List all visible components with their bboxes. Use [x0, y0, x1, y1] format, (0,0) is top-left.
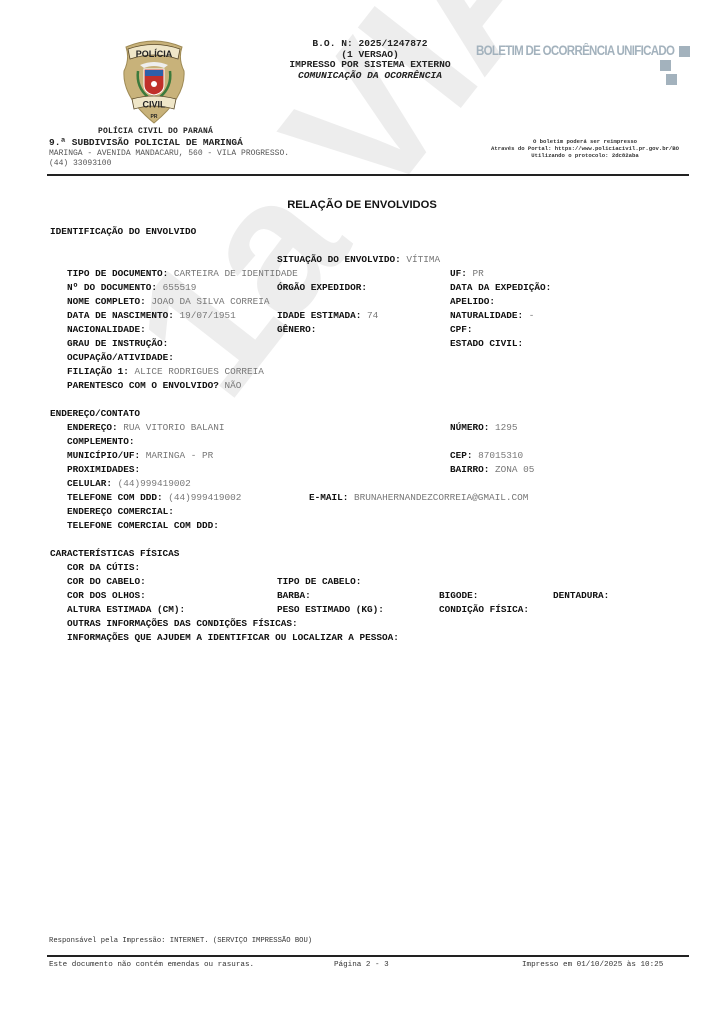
field-peso: PESO ESTIMADO (KG):	[277, 604, 384, 615]
field-naturalidade: NATURALIDADE: -	[450, 310, 534, 321]
bou-logo-squares-icon	[660, 44, 700, 86]
svg-text:CIVIL: CIVIL	[142, 100, 166, 110]
reprint-info: O boletim poderá ser reimpresso Através …	[470, 138, 700, 159]
section-identificacao: IDENTIFICAÇÃO DO ENVOLVIDO	[50, 226, 196, 237]
field-telefone-comercial: TELEFONE COMERCIAL COM DDD:	[67, 520, 219, 531]
field-cpf: CPF:	[450, 324, 473, 335]
field-municipio: MUNICÍPIO/UF: MARINGA - PR	[67, 450, 213, 461]
field-filiacao-1: FILIAÇÃO 1: ALICE RODRIGUES CORREIA	[67, 366, 264, 377]
no-amendments-note: Este documento não contém emendas ou ras…	[49, 961, 254, 969]
page-number: Página 2 - 3	[334, 961, 389, 969]
reprint-protocol: Utilizando o protocolo: 2dc82aba	[470, 152, 700, 159]
field-complemento: COMPLEMENTO:	[67, 436, 135, 447]
field-data-nascimento: DATA DE NASCIMENTO: 19/07/1951	[67, 310, 236, 321]
communication-type: COMUNICAÇÃO DA OCORRÊNCIA	[260, 71, 480, 82]
printed-by: IMPRESSO POR SISTEMA EXTERNO	[260, 60, 480, 71]
field-tipo-documento: TIPO DE DOCUMENTO: CARTEIRA DE IDENTIDAD…	[67, 268, 298, 279]
field-email: E-MAIL: BRUNAHERNANDEZCORREIA@GMAIL.COM	[309, 492, 528, 503]
field-nacionalidade: NACIONALIDADE:	[67, 324, 146, 335]
field-nome-completo: NOME COMPLETO: JOAO DA SILVA CORREIA	[67, 296, 270, 307]
field-endereco: ENDEREÇO: RUA VITORIO BALANI	[67, 422, 225, 433]
field-cor-cutis: COR DA CÚTIS:	[67, 562, 140, 573]
field-altura: ALTURA ESTIMADA (CM):	[67, 604, 185, 615]
field-orgao-expedidor: ÓRGÃO EXPEDIDOR:	[277, 282, 367, 293]
station-phone: (44) 33093100	[49, 159, 111, 168]
reprint-portal-link[interactable]: Através do Portal: https://www.policiaci…	[470, 145, 700, 152]
svg-text:POLÍCIA: POLÍCIA	[136, 49, 173, 59]
field-estado-civil: ESTADO CIVIL:	[450, 338, 523, 349]
field-dentadura: DENTADURA:	[553, 590, 609, 601]
field-outras-informacoes: OUTRAS INFORMAÇÕES DAS CONDIÇÕES FÍSICAS…	[67, 618, 298, 629]
bo-number: B.O. N: 2025/1247872	[260, 39, 480, 50]
field-celular: CELULAR: (44)999419002	[67, 478, 191, 489]
field-uf: UF: PR	[450, 268, 484, 279]
field-genero: GÊNERO:	[277, 324, 316, 335]
print-responsible: Responsável pela Impressão: INTERNET. (S…	[49, 937, 312, 945]
org-name: POLÍCIA CIVIL DO PARANÁ	[98, 127, 213, 136]
section-caracteristicas: CARACTERÍSTICAS FÍSICAS	[50, 548, 179, 559]
page-title: RELAÇÃO DE ENVOLVIDOS	[0, 199, 724, 211]
bou-logo-text: BOLETIM DE OCORRÊNCIA UNIFICADO	[476, 43, 674, 58]
field-informacoes-identificar: INFORMAÇÕES QUE AJUDEM A IDENTIFICAR OU …	[67, 632, 399, 643]
field-data-expedicao: DATA DA EXPEDIÇÃO:	[450, 282, 551, 293]
subdivision-name: 9.ª SUBDIVISÃO POLICIAL DE MARINGÁ	[49, 137, 243, 148]
field-apelido: APELIDO:	[450, 296, 495, 307]
bo-info-block: B.O. N: 2025/1247872 (1 VERSAO) IMPRESSO…	[260, 39, 480, 81]
field-cor-olhos: COR DOS OLHOS:	[67, 590, 146, 601]
field-telefone: TELEFONE COM DDD: (44)999419002	[67, 492, 241, 503]
field-idade-estimada: IDADE ESTIMADA: 74	[277, 310, 378, 321]
field-condicao-fisica: CONDIÇÃO FÍSICA:	[439, 604, 529, 615]
field-cep: CEP: 87015310	[450, 450, 523, 461]
field-bigode: BIGODE:	[439, 590, 478, 601]
field-endereco-comercial: ENDEREÇO COMERCIAL:	[67, 506, 174, 517]
field-bairro: BAIRRO: ZONA 05	[450, 464, 534, 475]
field-parentesco: PARENTESCO COM O ENVOLVIDO? NÃO	[67, 380, 241, 391]
footer-divider	[47, 955, 689, 957]
field-barba: BARBA:	[277, 590, 311, 601]
field-numero: NÚMERO: 1295	[450, 422, 518, 433]
reprint-line-1: O boletim poderá ser reimpresso	[470, 138, 700, 145]
field-situacao: SITUAÇÃO DO ENVOLVIDO: VÍTIMA	[277, 254, 440, 265]
field-numero-documento: Nº DO DOCUMENTO: 655519	[67, 282, 196, 293]
station-address: MARINGA - AVENIDA MANDACARU, 560 - VILA …	[49, 149, 289, 158]
field-ocupacao: OCUPAÇÃO/ATIVIDADE:	[67, 352, 174, 363]
field-cor-cabelo: COR DO CABELO:	[67, 576, 146, 587]
printed-at: Impresso em 01/10/2025 às 10:25	[522, 961, 663, 969]
section-endereco: ENDEREÇO/CONTATO	[50, 408, 140, 419]
field-proximidades: PROXIMIDADES:	[67, 464, 140, 475]
police-badge-icon: POLÍCIA CIVIL PR	[120, 37, 188, 125]
field-tipo-cabelo: TIPO DE CABELO:	[277, 576, 361, 587]
header-divider	[47, 174, 689, 176]
field-grau-instrucao: GRAU DE INSTRUÇÃO:	[67, 338, 168, 349]
svg-text:PR: PR	[151, 114, 158, 120]
